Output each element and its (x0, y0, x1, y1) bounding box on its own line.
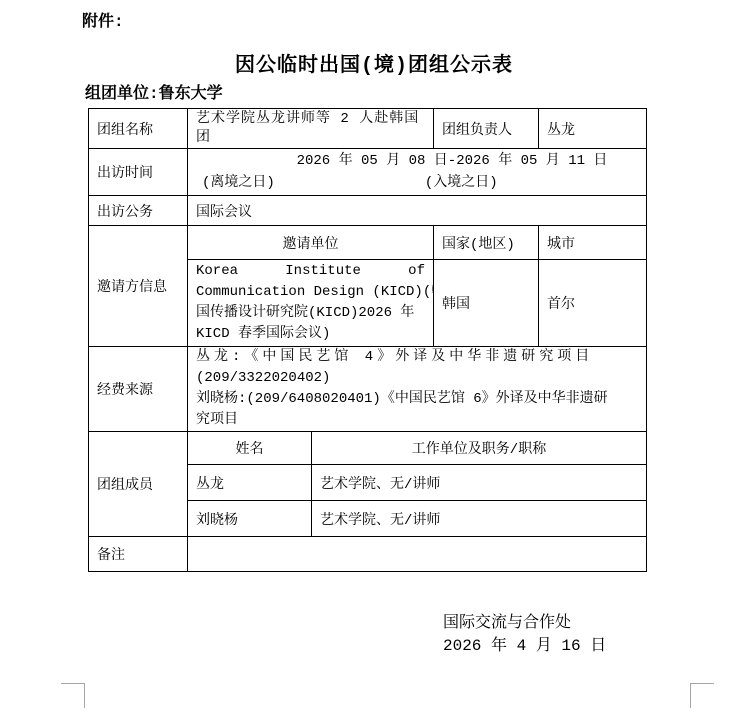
group-name-value: 艺术学院丛龙讲师等 2 人赴韩国 团 (188, 109, 434, 149)
member-job: 艺术学院、无/讲师 (312, 501, 647, 537)
city-header: 城市 (539, 226, 647, 260)
member-name: 丛龙 (188, 465, 312, 501)
funding-line4: 究项目 (196, 410, 638, 431)
inviter-word-1: Korea (196, 261, 238, 282)
row-inviter-header: 邀请方信息 邀请单位 国家(地区) 城市 (89, 226, 647, 260)
country-value: 韩国 (434, 260, 539, 347)
funding-line2: (209/3322020402) (196, 368, 638, 389)
inviter-unit-value: Korea Institute of Communication Design … (188, 260, 434, 347)
funding-label: 经费来源 (89, 347, 188, 432)
inviter-word-2: Institute (285, 261, 361, 282)
visit-time-notes: (离境之日) (入境之日) (196, 172, 638, 194)
leader-label: 团组负责人 (434, 109, 539, 149)
inviter-unit-header: 邀请单位 (188, 226, 434, 260)
members-label: 团组成员 (89, 432, 188, 537)
inviter-unit-line3: 国传播设计研究院(KICD)2026 年 (196, 303, 425, 324)
row-visit-purpose: 出访公务 国际会议 (89, 196, 647, 226)
org-unit-line: 组团单位:鲁东大学 (85, 80, 223, 103)
funding-value: 丛龙:《中国民艺馆 4》外译及中华非遗研究项目 (209/3322020402)… (188, 347, 647, 432)
member-name-header: 姓名 (188, 432, 312, 465)
return-note: (入境之日) (425, 172, 498, 194)
city-value: 首尔 (539, 260, 647, 347)
inviter-unit-line4: KICD 春季国际会议) (196, 324, 425, 345)
row-funding: 经费来源 丛龙:《中国民艺馆 4》外译及中华非遗研究项目 (209/332202… (89, 347, 647, 432)
funding-line1: 丛龙:《中国民艺馆 4》外译及中华非遗研究项目 (196, 347, 638, 368)
visit-time-value: 2026 年 05 月 08 日-2026 年 05 月 11 日 (离境之日)… (188, 149, 647, 196)
row-group-name: 团组名称 艺术学院丛龙讲师等 2 人赴韩国 团 团组负责人 丛龙 (89, 109, 647, 149)
group-name-text: 艺术学院丛龙讲师等 2 人赴韩国 团 (196, 110, 425, 148)
group-name-label: 团组名称 (89, 109, 188, 149)
inviter-label: 邀请方信息 (89, 226, 188, 347)
page-margin-mark-bottom-left (61, 683, 85, 708)
depart-note: (离境之日) (202, 172, 275, 194)
row-remarks: 备注 (89, 537, 647, 572)
member-name: 刘晓杨 (188, 501, 312, 537)
visit-time-label: 出访时间 (89, 149, 188, 196)
country-header: 国家(地区) (434, 226, 539, 260)
funding-line3: 刘晓杨:(209/6408020401)《中国民艺馆 6》外译及中华非遗研 (196, 389, 638, 410)
visit-time-dates: 2026 年 05 月 08 日-2026 年 05 月 11 日 (196, 150, 638, 172)
visit-purpose-value: 国际会议 (188, 196, 647, 226)
footer-date: 2026 年 4 月 16 日 (443, 635, 606, 658)
page-margin-mark-bottom-right (690, 683, 714, 708)
row-members-header: 团组成员 姓名 工作单位及职务/职称 (89, 432, 647, 465)
attachment-label: 附件: (82, 8, 124, 31)
footer-signature: 国际交流与合作处 2026 年 4 月 16 日 (443, 612, 606, 658)
footer-org: 国际交流与合作处 (443, 612, 606, 635)
page-title: 因公临时出国(境)团组公示表 (0, 48, 748, 78)
remarks-value (188, 537, 647, 572)
remarks-label: 备注 (89, 537, 188, 572)
visit-purpose-label: 出访公务 (89, 196, 188, 226)
leader-value: 丛龙 (539, 109, 647, 149)
inviter-word-3: of (408, 261, 425, 282)
inviter-unit-line2: Communication Design (KICD)(韩 (196, 282, 425, 303)
member-job-header: 工作单位及职务/职称 (312, 432, 647, 465)
notice-table: 团组名称 艺术学院丛龙讲师等 2 人赴韩国 团 团组负责人 丛龙 出访时间 20… (88, 108, 647, 572)
row-visit-time: 出访时间 2026 年 05 月 08 日-2026 年 05 月 11 日 (… (89, 149, 647, 196)
inviter-unit-line1: Korea Institute of (196, 261, 425, 282)
member-job: 艺术学院、无/讲师 (312, 465, 647, 501)
